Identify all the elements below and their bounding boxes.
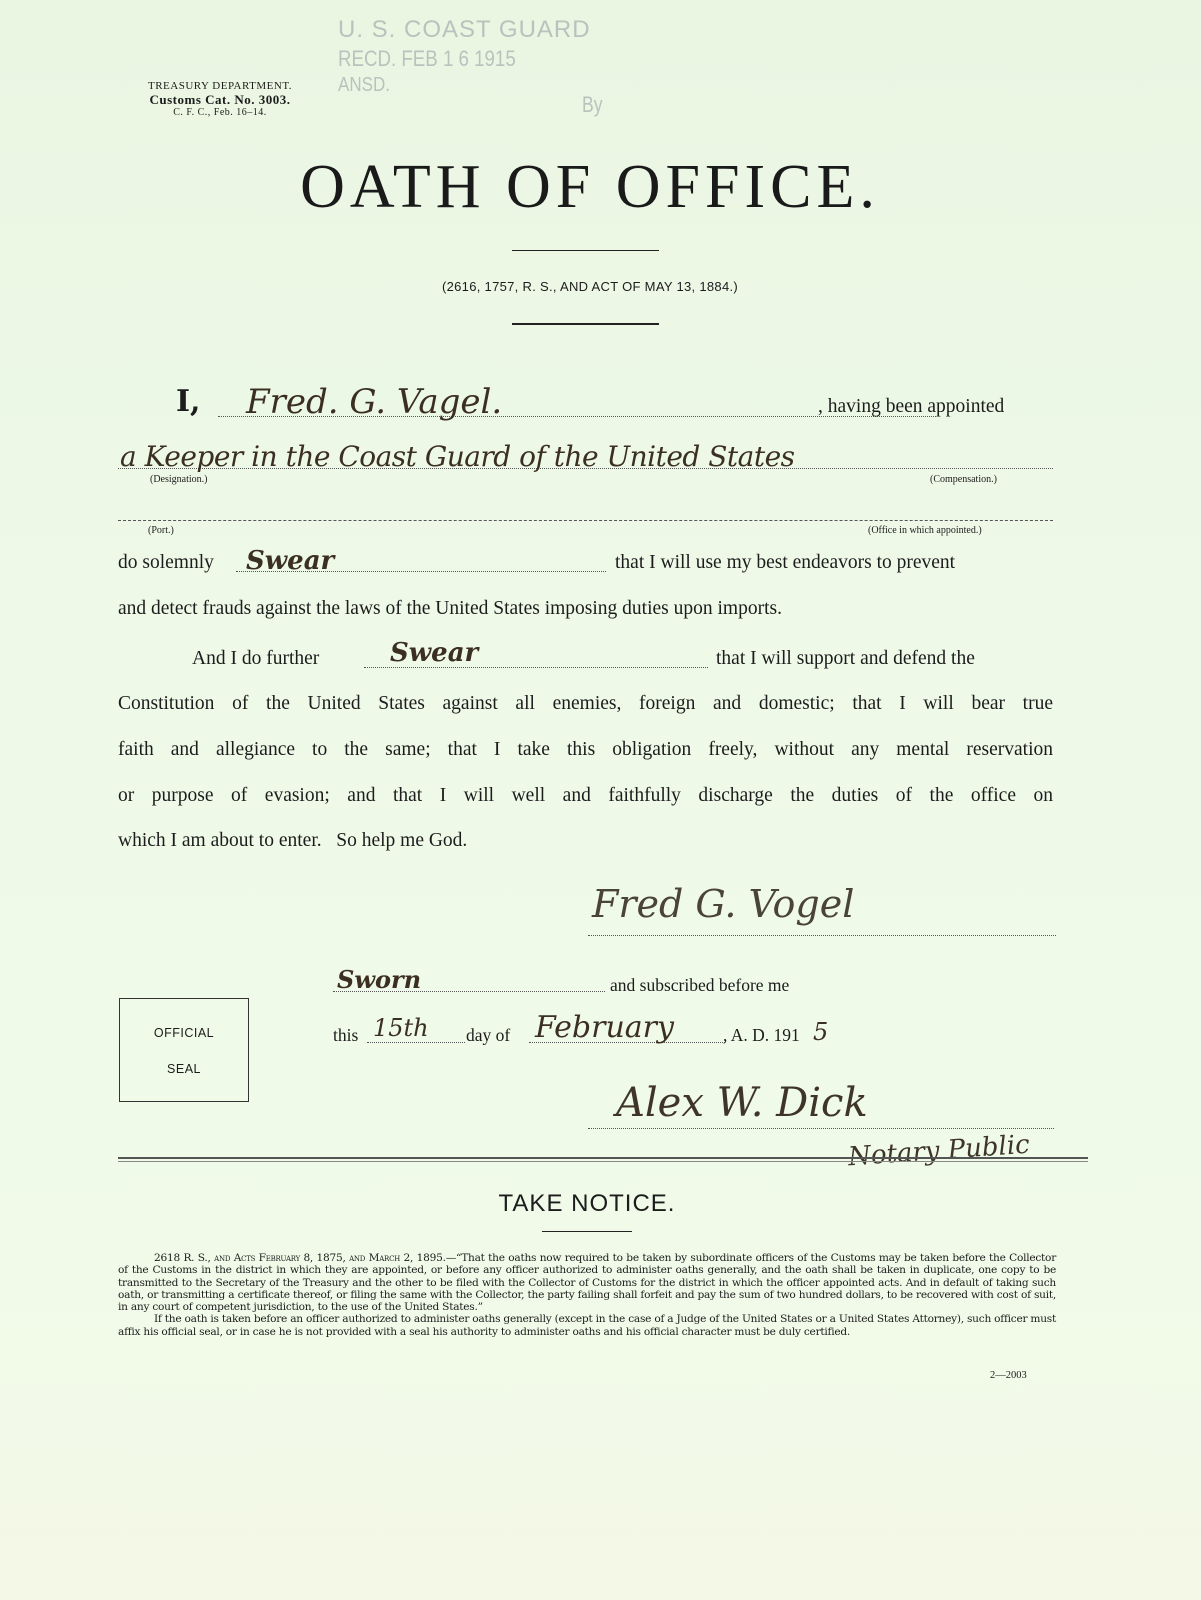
affiant-signature: Fred G. Vogel: [592, 882, 854, 926]
form-number: 2—2003: [990, 1370, 1027, 1381]
notice-text: 2618 R. S., and Acts February 8, 1875, a…: [118, 1252, 1056, 1338]
prevent-text: that I will use my best endeavors to pre…: [615, 552, 955, 574]
faith-line: faith and allegiance to the same; that I…: [118, 739, 1053, 761]
constitution-line: Constitution of the United States agains…: [118, 693, 1053, 715]
month-handwritten: February: [535, 1010, 674, 1045]
notice-title: TAKE NOTICE.: [0, 1190, 1174, 1218]
notice-divider: [542, 1231, 632, 1232]
catalog-number: Customs Cat. No. 3003.: [100, 93, 340, 106]
notice-paragraph-1: 2618 R. S., and Acts February 8, 1875, a…: [118, 1252, 1056, 1313]
form-reference: C. F. C., Feb. 16–14.: [100, 106, 340, 119]
sworn-handwritten: Sworn: [337, 965, 421, 994]
purpose-line: or purpose of evasion; and that I will w…: [118, 785, 1053, 807]
official-seal-box: OFFICIAL SEAL: [119, 998, 249, 1102]
support-text: that I will support and defend the: [716, 648, 975, 670]
stamp-received-date: RECD. FEB 1 6 1915: [338, 46, 516, 72]
acts-ref: and Acts February: [214, 1252, 300, 1264]
port-field-line: [118, 520, 1053, 521]
frauds-line: and detect frauds against the laws of th…: [118, 598, 1053, 620]
stamp-by: By: [582, 92, 603, 118]
subscribed-text: and subscribed before me: [610, 975, 789, 996]
do-solemnly-text: do solemnly: [118, 552, 214, 574]
designation-line: a Keeper in the Coast Guard of the Unite…: [118, 440, 1053, 490]
anno-domini-text: , A. D. 191: [723, 1025, 800, 1046]
subtitle-divider: [512, 323, 659, 325]
do-further-text: And I do further: [192, 648, 319, 670]
page-title: OATH OF OFFICE.: [0, 152, 1180, 223]
swear-handwritten-2: Swear: [390, 638, 478, 668]
officer-signature: Alex W. Dick: [616, 1080, 868, 1126]
officer-signature-line: [588, 1128, 1054, 1129]
pronoun-i: I,: [176, 384, 200, 419]
solemnly-line: do solemnly Swear that I will use my bes…: [118, 552, 1053, 582]
section-divider: [118, 1157, 1088, 1159]
seal-label-seal: SEAL: [120, 1062, 248, 1076]
affiant-signature-line: [588, 935, 1056, 936]
compensation-label: (Compensation.): [930, 474, 997, 485]
statute-ref: 2618 R. S.,: [154, 1252, 214, 1264]
having-been-appointed-text: , having been appointed: [818, 396, 1004, 418]
designation-label: (Designation.): [150, 474, 208, 485]
oath-name-line: I, Fred. G. Vagel. , having been appoint…: [118, 388, 1053, 428]
year-digit-handwritten: 5: [813, 1018, 828, 1046]
port-line: (Port.) (Office in which appointed.): [118, 510, 1053, 540]
further-line: And I do further Swear that I will suppo…: [118, 648, 1053, 678]
day-field: [367, 1042, 465, 1043]
name-handwritten: Fred. G. Vagel.: [246, 382, 502, 422]
title-divider: [512, 250, 659, 251]
stamp-answered: ANSD.: [338, 74, 390, 97]
office-label: (Office in which appointed.): [868, 525, 982, 536]
port-label: (Port.): [148, 525, 174, 536]
acts-date: 8, 1875,: [300, 1252, 349, 1264]
section-divider-thin: [118, 1161, 1088, 1162]
department-header: TREASURY DEPARTMENT. Customs Cat. No. 30…: [100, 80, 340, 119]
designation-handwritten: a Keeper in the Coast Guard of the Unite…: [120, 440, 795, 473]
swear-handwritten-1: Swear: [246, 546, 334, 576]
this-text: this: [333, 1025, 358, 1046]
officer-title: Notary Public: [847, 1130, 1030, 1173]
day-handwritten: 15th: [373, 1014, 429, 1042]
day-of-text: day of: [466, 1025, 510, 1046]
which-line: which I am about to enter. So help me Go…: [118, 830, 1053, 852]
document-page: TREASURY DEPARTMENT. Customs Cat. No. 30…: [0, 0, 1201, 1600]
march-ref: and March: [349, 1252, 400, 1264]
notice-paragraph-2: If the oath is taken before an officer a…: [118, 1313, 1056, 1338]
sworn-line: Sworn and subscribed before me: [333, 973, 833, 1003]
seal-label-official: OFFICIAL: [120, 1026, 248, 1040]
stamp-agency: U. S. COAST GUARD: [338, 16, 591, 44]
date-line: this 15th day of February , A. D. 191 5: [333, 1022, 893, 1062]
statute-citation: (2616, 1757, R. S., AND ACT OF MAY 13, 1…: [0, 279, 1180, 294]
